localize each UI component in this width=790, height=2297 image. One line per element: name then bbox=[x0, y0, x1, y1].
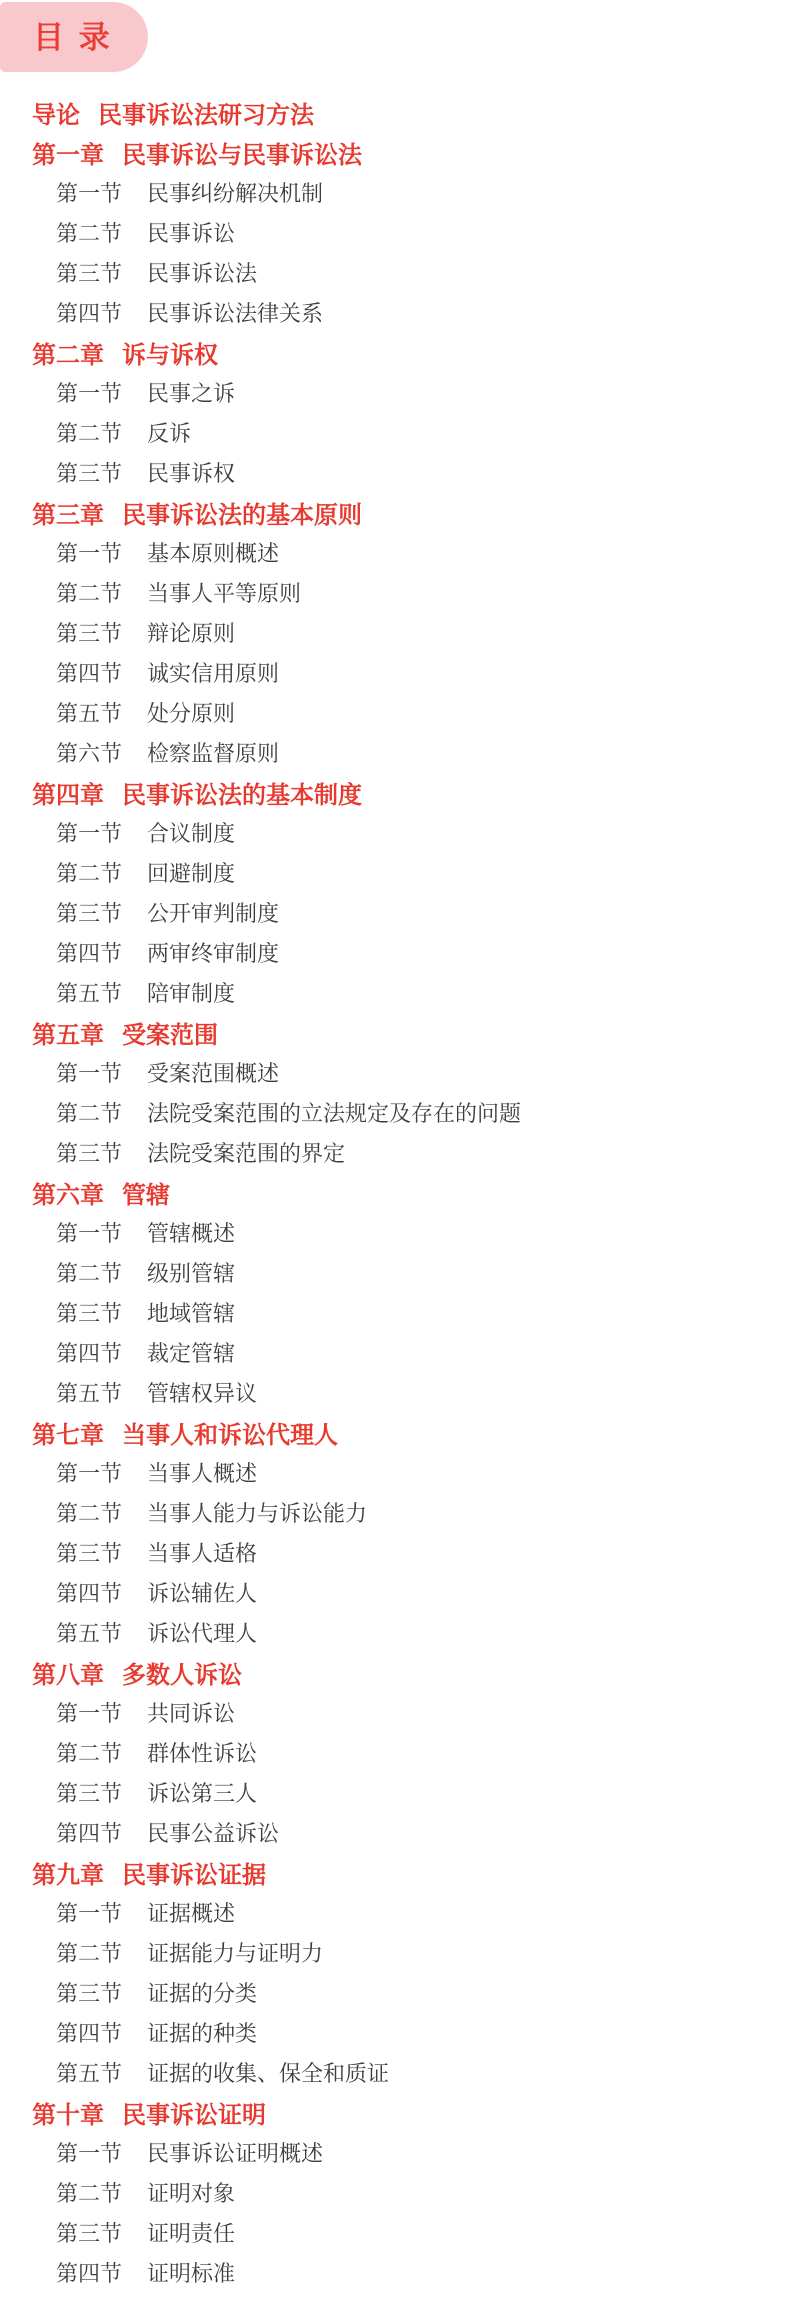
toc-entry-label: 第三节 bbox=[56, 1137, 122, 1168]
toc-section-row: 第三节证据的分类 bbox=[0, 1972, 790, 2012]
toc-entry-label: 第四章 bbox=[32, 775, 104, 810]
toc-section-row: 第四节民事诉讼法律关系 bbox=[0, 292, 790, 332]
toc-section-row: 第二节反诉 bbox=[0, 412, 790, 452]
toc-entry-label: 第一节 bbox=[56, 1217, 122, 1248]
toc-entry-label: 第二章 bbox=[32, 335, 104, 370]
toc-entry-label: 第四节 bbox=[56, 1337, 122, 1368]
toc-entry-label: 第四节 bbox=[56, 2017, 122, 2048]
toc-entry-title: 当事人概述 bbox=[147, 1457, 257, 1488]
toc-section-row: 第三节证明责任 bbox=[0, 2212, 790, 2252]
toc-badge-label: 目 录 bbox=[33, 22, 113, 53]
toc-entry-label: 第一节 bbox=[56, 1457, 122, 1488]
toc-entry-title: 证明标准 bbox=[147, 2257, 235, 2288]
toc-entry-label: 第二节 bbox=[56, 1737, 122, 1768]
toc-section-row: 第五节管辖权异议 bbox=[0, 1372, 790, 1412]
toc-section-row: 第一节民事纠纷解决机制 bbox=[0, 172, 790, 212]
toc-entry-title: 两审终审制度 bbox=[147, 937, 279, 968]
toc-entry-title: 证明责任 bbox=[147, 2217, 235, 2248]
toc-entry-label: 第八章 bbox=[32, 1655, 104, 1690]
toc-entry-title: 级别管辖 bbox=[147, 1257, 235, 1288]
toc-entry-label: 第一章 bbox=[32, 135, 104, 170]
toc-entry-title: 民事之诉 bbox=[147, 377, 235, 408]
toc-entry-title: 民事诉讼法的基本原则 bbox=[122, 495, 362, 530]
toc-entry-title: 当事人适格 bbox=[147, 1537, 257, 1568]
toc-entry-label: 第二节 bbox=[56, 417, 122, 448]
toc-entry-title: 诉与诉权 bbox=[122, 335, 218, 370]
toc-section-row: 第五节处分原则 bbox=[0, 692, 790, 732]
toc-section-row: 第四节诉讼辅佐人 bbox=[0, 1572, 790, 1612]
toc-section-row: 第一节管辖概述 bbox=[0, 1212, 790, 1252]
toc-entry-label: 第一节 bbox=[56, 1897, 122, 1928]
toc-entry-label: 第二节 bbox=[56, 577, 122, 608]
toc-entry-label: 导论 bbox=[32, 95, 80, 130]
toc-section-row: 第四节证据的种类 bbox=[0, 2012, 790, 2052]
toc-chapter-row: 第四章民事诉讼法的基本制度 bbox=[0, 772, 790, 812]
toc-entry-title: 当事人平等原则 bbox=[147, 577, 301, 608]
toc-entry-label: 第六节 bbox=[56, 737, 122, 768]
toc-chapter-row: 导论民事诉讼法研习方法 bbox=[0, 92, 790, 132]
toc-entry-label: 第三节 bbox=[56, 1297, 122, 1328]
toc-entry-label: 第三节 bbox=[56, 897, 122, 928]
toc-entry-label: 第四节 bbox=[56, 657, 122, 688]
toc-entry-title: 诉讼第三人 bbox=[147, 1777, 257, 1808]
toc-entry-title: 群体性诉讼 bbox=[147, 1737, 257, 1768]
toc-chapter-row: 第六章管辖 bbox=[0, 1172, 790, 1212]
toc-section-row: 第六节检察监督原则 bbox=[0, 732, 790, 772]
toc-section-row: 第四节诚实信用原则 bbox=[0, 652, 790, 692]
toc-entry-label: 第三节 bbox=[56, 617, 122, 648]
toc-section-row: 第三节公开审判制度 bbox=[0, 892, 790, 932]
toc-entry-label: 第十章 bbox=[32, 2095, 104, 2130]
toc-entry-title: 民事诉讼证明概述 bbox=[147, 2137, 323, 2168]
toc-entry-label: 第一节 bbox=[56, 177, 122, 208]
toc-entry-title: 证据的种类 bbox=[147, 2017, 257, 2048]
toc-section-row: 第四节证明标准 bbox=[0, 2252, 790, 2292]
toc-entry-label: 第七章 bbox=[32, 1415, 104, 1450]
toc-entry-title: 反诉 bbox=[147, 417, 191, 448]
toc-entry-title: 民事诉讼证据 bbox=[122, 1855, 266, 1890]
toc-entry-title: 受案范围概述 bbox=[147, 1057, 279, 1088]
toc-entry-label: 第二节 bbox=[56, 1497, 122, 1528]
toc-section-row: 第三节法院受案范围的界定 bbox=[0, 1132, 790, 1172]
toc-entry-title: 合议制度 bbox=[147, 817, 235, 848]
toc-entry-label: 第四节 bbox=[56, 1817, 122, 1848]
toc-entry-title: 证据能力与证明力 bbox=[147, 1937, 323, 1968]
toc-section-row: 第五节诉讼代理人 bbox=[0, 1612, 790, 1652]
toc-entry-label: 第二节 bbox=[56, 2177, 122, 2208]
toc-entry-title: 检察监督原则 bbox=[147, 737, 279, 768]
toc-entry-title: 民事诉讼与民事诉讼法 bbox=[122, 135, 362, 170]
toc-list: 导论民事诉讼法研习方法第一章民事诉讼与民事诉讼法第一节民事纠纷解决机制第二节民事… bbox=[0, 92, 790, 2292]
toc-chapter-row: 第三章民事诉讼法的基本原则 bbox=[0, 492, 790, 532]
toc-entry-label: 第五节 bbox=[56, 2057, 122, 2088]
toc-chapter-row: 第十章民事诉讼证明 bbox=[0, 2092, 790, 2132]
toc-section-row: 第三节当事人适格 bbox=[0, 1532, 790, 1572]
toc-entry-title: 民事诉讼法律关系 bbox=[147, 297, 323, 328]
toc-section-row: 第一节受案范围概述 bbox=[0, 1052, 790, 1092]
toc-entry-title: 当事人和诉讼代理人 bbox=[122, 1415, 338, 1450]
toc-entry-label: 第三节 bbox=[56, 457, 122, 488]
toc-section-row: 第三节民事诉权 bbox=[0, 452, 790, 492]
toc-entry-title: 基本原则概述 bbox=[147, 537, 279, 568]
toc-section-row: 第四节民事公益诉讼 bbox=[0, 1812, 790, 1852]
toc-section-row: 第二节当事人平等原则 bbox=[0, 572, 790, 612]
toc-entry-title: 法院受案范围的界定 bbox=[147, 1137, 345, 1168]
toc-entry-title: 民事诉讼证明 bbox=[122, 2095, 266, 2130]
toc-entry-title: 裁定管辖 bbox=[147, 1337, 235, 1368]
toc-entry-title: 地域管辖 bbox=[147, 1297, 235, 1328]
toc-entry-label: 第三章 bbox=[32, 495, 104, 530]
toc-chapter-row: 第七章当事人和诉讼代理人 bbox=[0, 1412, 790, 1452]
toc-entry-title: 证据的收集、保全和质证 bbox=[147, 2057, 389, 2088]
toc-entry-label: 第一节 bbox=[56, 1057, 122, 1088]
toc-entry-title: 证明对象 bbox=[147, 2177, 235, 2208]
toc-section-row: 第三节地域管辖 bbox=[0, 1292, 790, 1332]
toc-section-row: 第一节合议制度 bbox=[0, 812, 790, 852]
toc-entry-title: 管辖概述 bbox=[147, 1217, 235, 1248]
toc-section-row: 第一节民事之诉 bbox=[0, 372, 790, 412]
toc-entry-label: 第二节 bbox=[56, 1097, 122, 1128]
toc-entry-label: 第一节 bbox=[56, 377, 122, 408]
toc-section-row: 第一节证据概述 bbox=[0, 1892, 790, 1932]
toc-entry-label: 第四节 bbox=[56, 1577, 122, 1608]
toc-entry-title: 共同诉讼 bbox=[147, 1697, 235, 1728]
toc-entry-title: 陪审制度 bbox=[147, 977, 235, 1008]
toc-section-row: 第五节证据的收集、保全和质证 bbox=[0, 2052, 790, 2092]
toc-entry-title: 回避制度 bbox=[147, 857, 235, 888]
toc-section-row: 第三节辩论原则 bbox=[0, 612, 790, 652]
toc-chapter-row: 第九章民事诉讼证据 bbox=[0, 1852, 790, 1892]
toc-entry-title: 受案范围 bbox=[122, 1015, 218, 1050]
toc-section-row: 第二节级别管辖 bbox=[0, 1252, 790, 1292]
toc-entry-label: 第一节 bbox=[56, 537, 122, 568]
toc-entry-title: 民事公益诉讼 bbox=[147, 1817, 279, 1848]
toc-entry-label: 第五节 bbox=[56, 1377, 122, 1408]
toc-entry-title: 公开审判制度 bbox=[147, 897, 279, 928]
toc-entry-title: 多数人诉讼 bbox=[122, 1655, 242, 1690]
toc-entry-title: 诉讼辅佐人 bbox=[147, 1577, 257, 1608]
toc-section-row: 第二节当事人能力与诉讼能力 bbox=[0, 1492, 790, 1532]
toc-entry-label: 第一节 bbox=[56, 1697, 122, 1728]
toc-entry-label: 第二节 bbox=[56, 1937, 122, 1968]
toc-entry-label: 第四节 bbox=[56, 937, 122, 968]
toc-entry-title: 民事诉讼法研习方法 bbox=[98, 95, 314, 130]
toc-section-row: 第二节证明对象 bbox=[0, 2172, 790, 2212]
toc-entry-title: 证据概述 bbox=[147, 1897, 235, 1928]
toc-page: 目 录 导论民事诉讼法研习方法第一章民事诉讼与民事诉讼法第一节民事纠纷解决机制第… bbox=[0, 2, 790, 2292]
toc-section-row: 第一节共同诉讼 bbox=[0, 1692, 790, 1732]
toc-chapter-row: 第八章多数人诉讼 bbox=[0, 1652, 790, 1692]
toc-entry-label: 第五节 bbox=[56, 977, 122, 1008]
toc-entry-title: 管辖权异议 bbox=[147, 1377, 257, 1408]
toc-entry-label: 第一节 bbox=[56, 2137, 122, 2168]
toc-entry-label: 第五章 bbox=[32, 1015, 104, 1050]
toc-section-row: 第四节两审终审制度 bbox=[0, 932, 790, 972]
toc-entry-title: 民事诉权 bbox=[147, 457, 235, 488]
toc-entry-label: 第四节 bbox=[56, 297, 122, 328]
toc-entry-label: 第三节 bbox=[56, 1977, 122, 2008]
toc-section-row: 第二节法院受案范围的立法规定及存在的问题 bbox=[0, 1092, 790, 1132]
toc-section-row: 第一节基本原则概述 bbox=[0, 532, 790, 572]
toc-entry-label: 第四节 bbox=[56, 2257, 122, 2288]
toc-entry-label: 第九章 bbox=[32, 1855, 104, 1890]
toc-section-row: 第一节民事诉讼证明概述 bbox=[0, 2132, 790, 2172]
toc-section-row: 第三节民事诉讼法 bbox=[0, 252, 790, 292]
toc-entry-label: 第三节 bbox=[56, 2217, 122, 2248]
toc-chapter-row: 第一章民事诉讼与民事诉讼法 bbox=[0, 132, 790, 172]
toc-entry-label: 第六章 bbox=[32, 1175, 104, 1210]
toc-entry-title: 民事诉讼法 bbox=[147, 257, 257, 288]
toc-chapter-row: 第二章诉与诉权 bbox=[0, 332, 790, 372]
toc-chapter-row: 第五章受案范围 bbox=[0, 1012, 790, 1052]
toc-entry-title: 辩论原则 bbox=[147, 617, 235, 648]
toc-entry-label: 第三节 bbox=[56, 1537, 122, 1568]
toc-entry-label: 第二节 bbox=[56, 857, 122, 888]
toc-entry-title: 法院受案范围的立法规定及存在的问题 bbox=[147, 1097, 521, 1128]
toc-section-row: 第五节陪审制度 bbox=[0, 972, 790, 1012]
toc-section-row: 第二节证据能力与证明力 bbox=[0, 1932, 790, 1972]
toc-entry-title: 处分原则 bbox=[147, 697, 235, 728]
toc-section-row: 第二节回避制度 bbox=[0, 852, 790, 892]
toc-section-row: 第二节民事诉讼 bbox=[0, 212, 790, 252]
toc-entry-title: 诉讼代理人 bbox=[147, 1617, 257, 1648]
toc-entry-title: 民事诉讼法的基本制度 bbox=[122, 775, 362, 810]
toc-entry-title: 当事人能力与诉讼能力 bbox=[147, 1497, 367, 1528]
toc-entry-label: 第五节 bbox=[56, 1617, 122, 1648]
toc-entry-label: 第一节 bbox=[56, 817, 122, 848]
toc-section-row: 第三节诉讼第三人 bbox=[0, 1772, 790, 1812]
toc-badge: 目 录 bbox=[0, 2, 148, 72]
toc-entry-label: 第五节 bbox=[56, 697, 122, 728]
toc-entry-title: 管辖 bbox=[122, 1175, 170, 1210]
toc-entry-label: 第三节 bbox=[56, 1777, 122, 1808]
toc-entry-label: 第二节 bbox=[56, 1257, 122, 1288]
toc-section-row: 第二节群体性诉讼 bbox=[0, 1732, 790, 1772]
toc-entry-label: 第二节 bbox=[56, 217, 122, 248]
toc-entry-title: 诚实信用原则 bbox=[147, 657, 279, 688]
toc-entry-label: 第三节 bbox=[56, 257, 122, 288]
toc-section-row: 第四节裁定管辖 bbox=[0, 1332, 790, 1372]
toc-entry-title: 证据的分类 bbox=[147, 1977, 257, 2008]
toc-entry-title: 民事诉讼 bbox=[147, 217, 235, 248]
toc-section-row: 第一节当事人概述 bbox=[0, 1452, 790, 1492]
toc-entry-title: 民事纠纷解决机制 bbox=[147, 177, 323, 208]
